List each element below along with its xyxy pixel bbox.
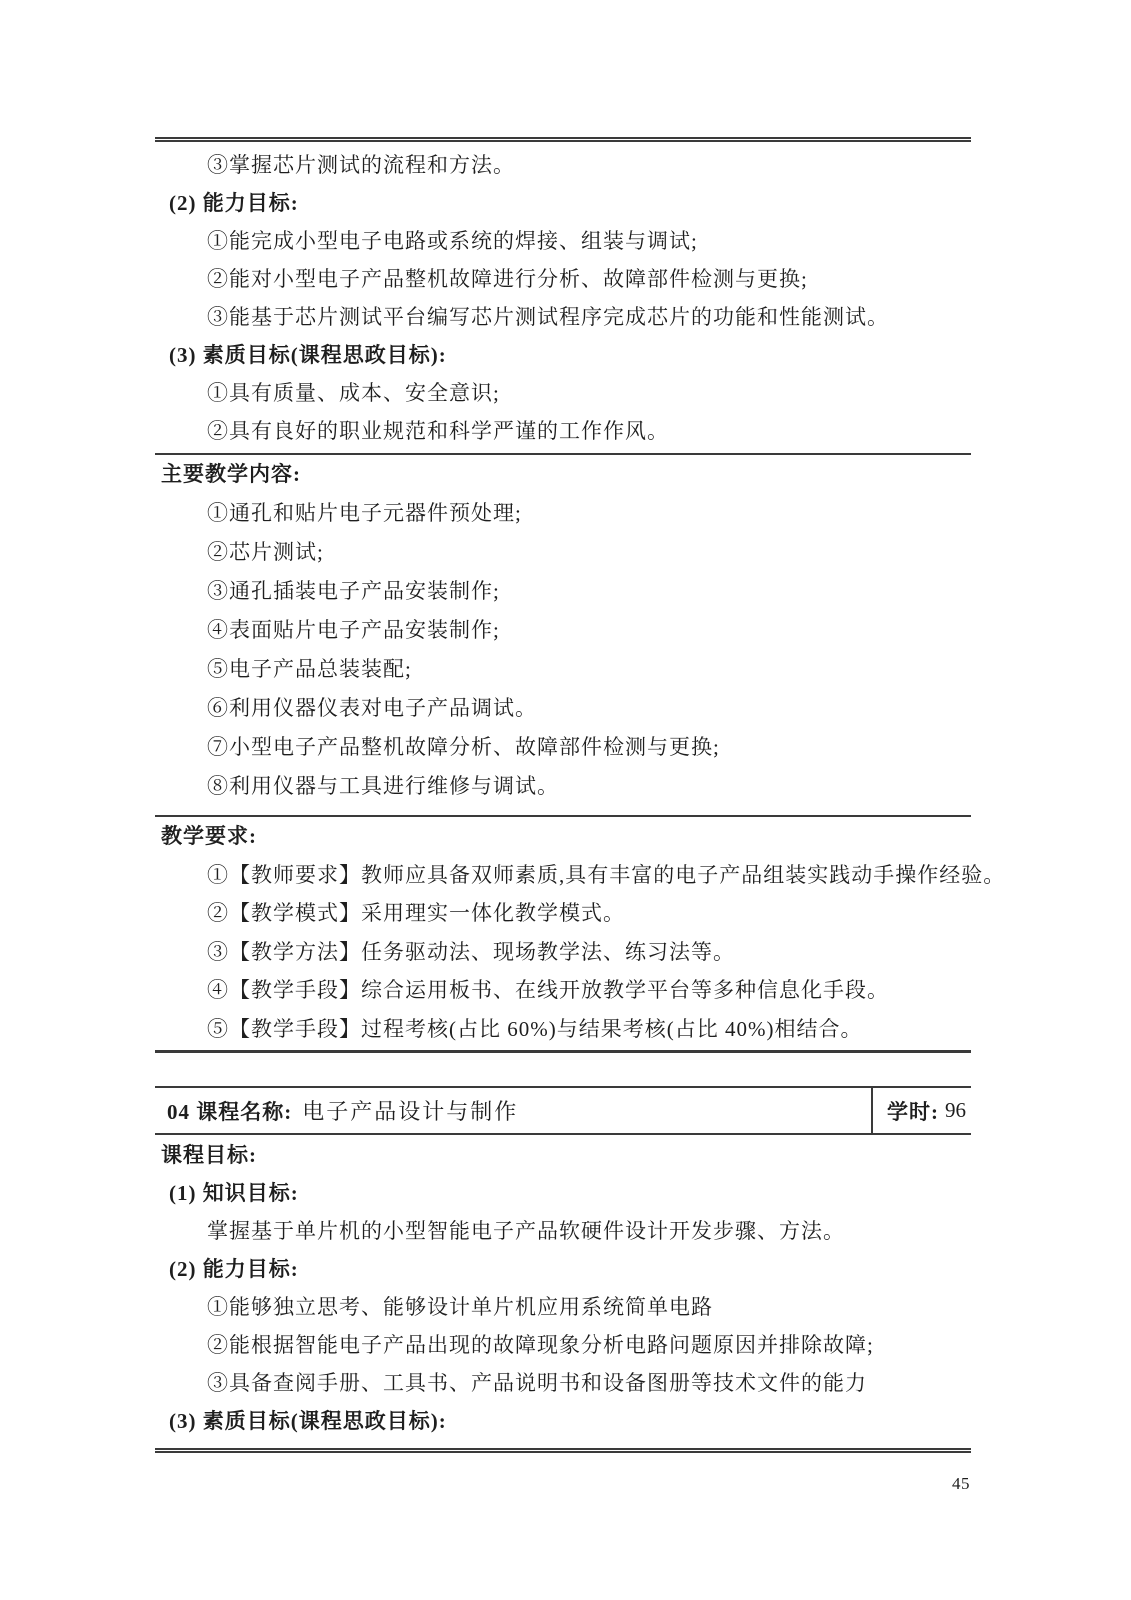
list-item: ②能对小型电子产品整机故障进行分析、故障部件检测与更换; <box>155 260 971 298</box>
course-name-cell: 04 课程名称: 电子产品设计与制作 <box>155 1088 873 1133</box>
list-item: ①能完成小型电子电路或系统的焊接、组装与调试; <box>155 222 971 260</box>
section-heading: 教学要求: <box>155 817 971 856</box>
list-item: ②具有良好的职业规范和科学严谨的工作作风。 <box>155 412 971 450</box>
list-item: ⑦小型电子产品整机故障分析、故障部件检测与更换; <box>155 728 971 767</box>
list-item: ④表面贴片电子产品安装制作; <box>155 611 971 650</box>
list-item: ⑥利用仪器仪表对电子产品调试。 <box>155 689 971 728</box>
subsection-heading: (3) 素质目标(课程思政目标): <box>155 336 971 374</box>
course-header-row: 04 课程名称: 电子产品设计与制作 学时: 96 <box>155 1086 971 1135</box>
course-hours-cell: 学时: 96 <box>873 1088 971 1133</box>
subsection-heading: (3) 素质目标(课程思政目标): <box>155 1402 971 1440</box>
course-table: 04 课程名称: 电子产品设计与制作 学时: 96 课程目标:(1) 知识目标:… <box>155 1086 971 1453</box>
list-item: ①【教师要求】教师应具备双师素质,具有丰富的电子产品组装实践动手操作经验。 <box>155 856 971 895</box>
list-item: ②芯片测试; <box>155 533 971 572</box>
table-row-objectives-continued: ③掌握芯片测试的流程和方法。(2) 能力目标:①能完成小型电子电路或系统的焊接、… <box>155 142 971 453</box>
list-item: ⑤电子产品总装装配; <box>155 650 971 689</box>
list-item: ③掌握芯片测试的流程和方法。 <box>155 146 971 184</box>
list-item: ①能够独立思考、能够设计单片机应用系统简单电路 <box>155 1288 971 1326</box>
table-row-teaching-requirements: 教学要求:①【教师要求】教师应具备双师素质,具有丰富的电子产品组装实践动手操作经… <box>155 817 971 1050</box>
list-item: ③具备查阅手册、工具书、产品说明书和设备图册等技术文件的能力 <box>155 1364 971 1402</box>
table-bottom-border <box>155 1448 971 1453</box>
subsection-heading: (2) 能力目标: <box>155 1250 971 1288</box>
list-item: ③能基于芯片测试平台编写芯片测试程序完成芯片的功能和性能测试。 <box>155 298 971 336</box>
list-item: ③通孔插装电子产品安装制作; <box>155 572 971 611</box>
document-page: ③掌握芯片测试的流程和方法。(2) 能力目标:①能完成小型电子电路或系统的焊接、… <box>0 0 1131 1600</box>
syllabus-table-continued: ③掌握芯片测试的流程和方法。(2) 能力目标:①能完成小型电子电路或系统的焊接、… <box>155 137 971 1053</box>
section-heading: 主要教学内容: <box>155 455 971 494</box>
subsection-heading: (2) 能力目标: <box>155 184 971 222</box>
list-item: ①通孔和贴片电子元器件预处理; <box>155 494 971 533</box>
course-title: 电子产品设计与制作 <box>302 1095 518 1126</box>
table-row-course-objectives: 课程目标:(1) 知识目标:掌握基于单片机的小型智能电子产品软硬件设计开发步骤、… <box>155 1135 971 1448</box>
section-heading: 课程目标: <box>155 1136 971 1174</box>
table-bottom-border <box>155 1050 971 1053</box>
list-item: ②【教学模式】采用理实一体化教学模式。 <box>155 894 971 933</box>
list-item: ②能根据智能电子产品出现的故障现象分析电路问题原因并排除故障; <box>155 1326 971 1364</box>
page-number: 45 <box>925 1474 970 1494</box>
list-item: ③【教学方法】任务驱动法、现场教学法、练习法等。 <box>155 933 971 972</box>
list-item: ①具有质量、成本、安全意识; <box>155 374 971 412</box>
subsection-heading: (1) 知识目标: <box>155 1174 971 1212</box>
hours-value: 96 <box>945 1098 966 1123</box>
list-item: ④【教学手段】综合运用板书、在线开放教学平台等多种信息化手段。 <box>155 971 971 1010</box>
list-item: ⑤【教学手段】过程考核(占比 60%)与结果考核(占比 40%)相结合。 <box>155 1010 971 1049</box>
course-number-label: 04 课程名称: <box>167 1096 292 1126</box>
paragraph: 掌握基于单片机的小型智能电子产品软硬件设计开发步骤、方法。 <box>155 1212 971 1250</box>
hours-label: 学时: <box>887 1096 939 1126</box>
list-item: ⑧利用仪器与工具进行维修与调试。 <box>155 767 971 806</box>
table-row-teaching-content: 主要教学内容:①通孔和贴片电子元器件预处理;②芯片测试;③通孔插装电子产品安装制… <box>155 455 971 815</box>
